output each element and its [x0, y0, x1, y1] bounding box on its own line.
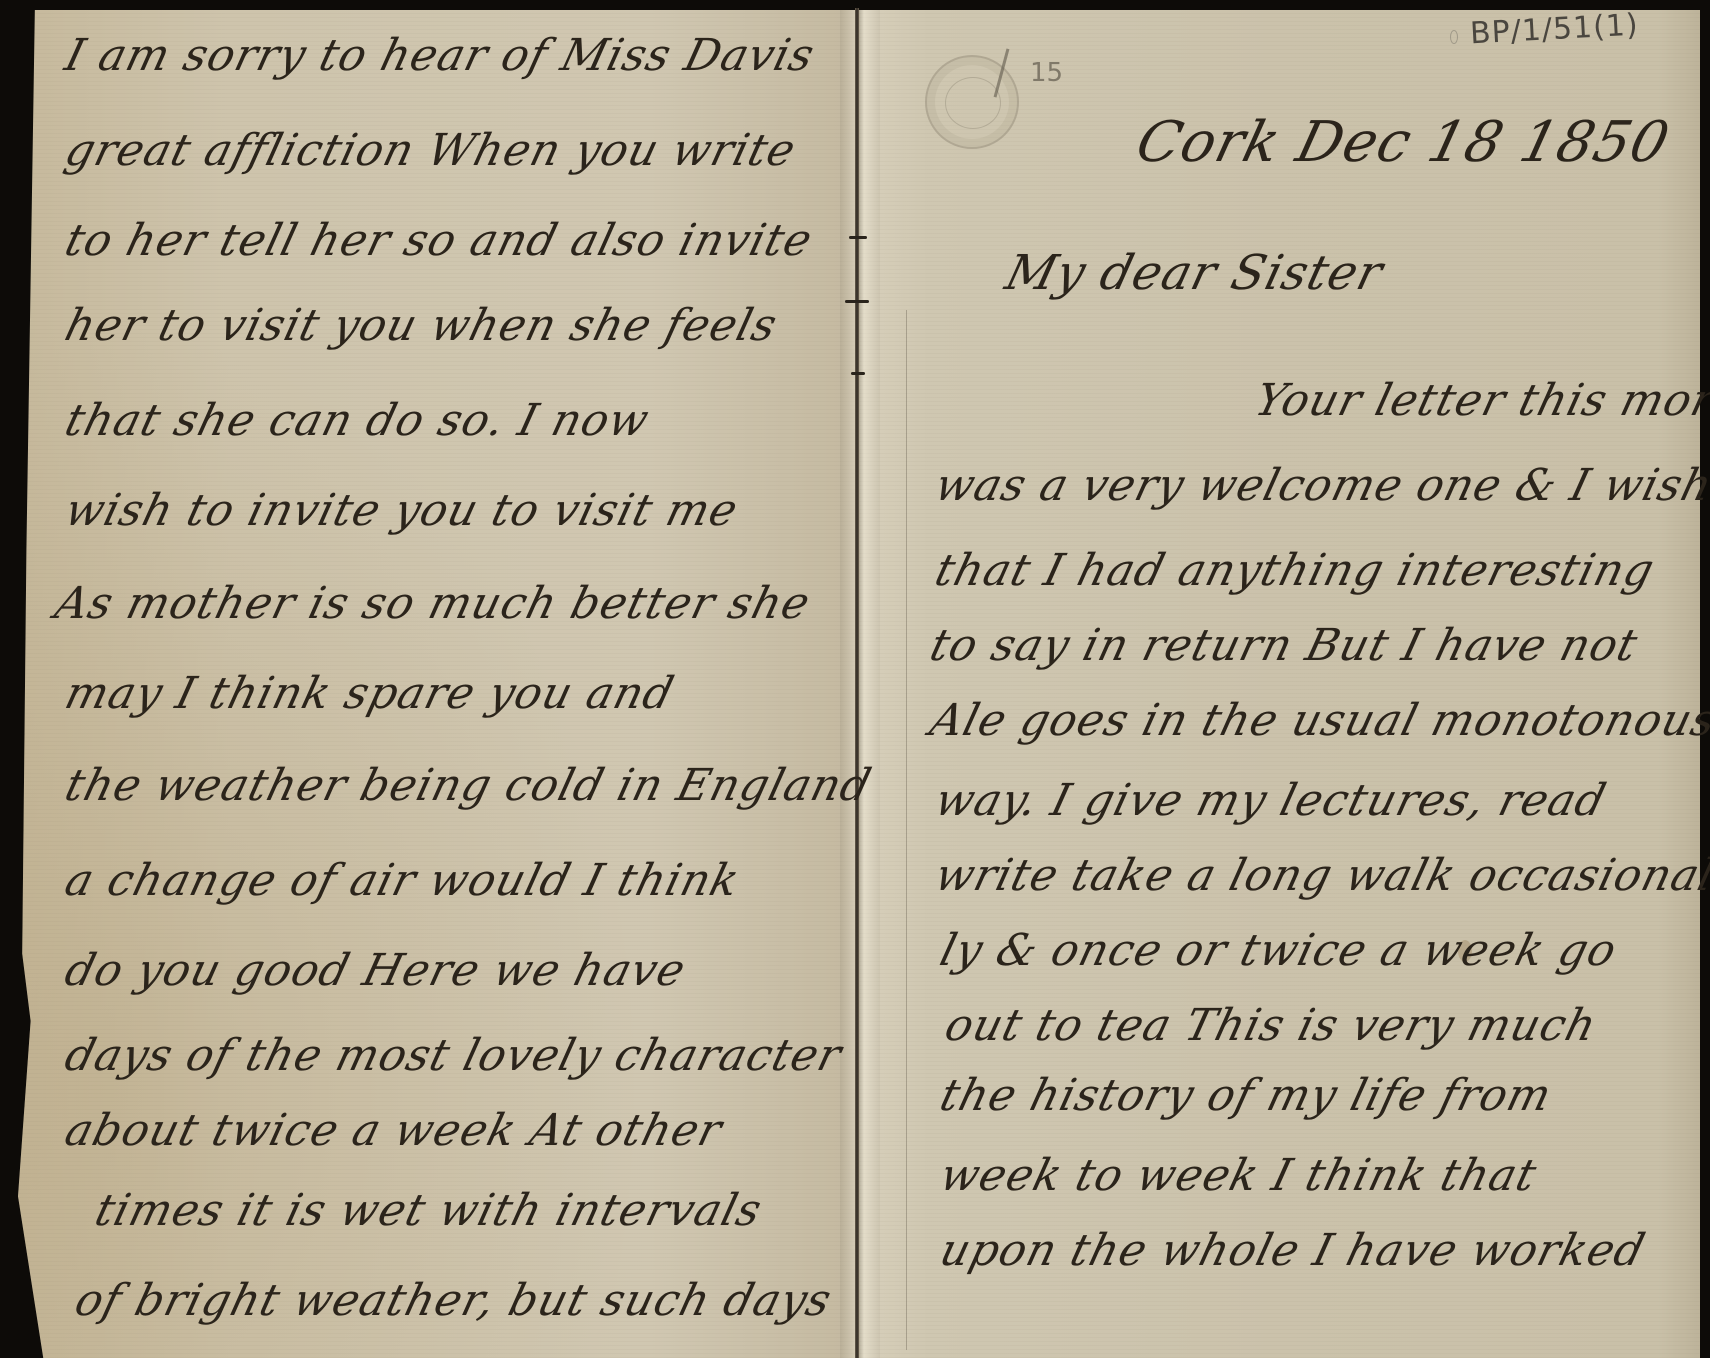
left-line: I am sorry to hear of Miss Davis: [60, 30, 820, 81]
left-line: days of the most lovely character: [60, 1030, 847, 1081]
left-line: great affliction When you write: [60, 125, 801, 176]
stitch-mark: [849, 236, 867, 239]
spine-fold: [840, 10, 880, 1358]
right-line: out to tea This is very much: [940, 1000, 1602, 1051]
place-date: Cork Dec 18 1850: [1130, 110, 1676, 175]
right-line: ly & once or twice a week go: [935, 925, 1622, 976]
left-line: the weather being cold in England: [60, 760, 877, 811]
stitch-mark: [845, 300, 869, 303]
spine-crease: [855, 8, 859, 1358]
left-line: her to visit you when she feels: [60, 300, 783, 351]
right-line: week to week I think that: [935, 1150, 1542, 1201]
left-line: of bright weather, but such days: [70, 1275, 837, 1326]
stamp-inner-ring: [945, 77, 1001, 129]
left-line: times it is wet with intervals: [90, 1185, 767, 1236]
right-line: upon the whole I have worked: [935, 1225, 1651, 1276]
left-line: a change of air would I think: [60, 855, 745, 906]
right-line: was a very welcome one & I wish: [930, 460, 1710, 511]
left-line: may I think spare you and: [60, 668, 679, 719]
right-line: that I had anything interesting: [930, 545, 1660, 596]
pencil-mark: [1450, 30, 1458, 44]
letter-scan: BP/1/51(1) 15 I am sorry to hear of Miss…: [0, 0, 1710, 1358]
right-line: the history of my life from: [935, 1070, 1557, 1121]
right-line: Your letter this morning: [1250, 375, 1710, 426]
left-line: that she can do so. I now: [60, 395, 655, 446]
left-line: to her tell her so and also invite: [60, 215, 818, 266]
stitch-mark: [851, 372, 865, 375]
embossed-stamp-icon: [925, 55, 1019, 149]
salutation: My dear Sister: [1000, 245, 1389, 301]
left-line: As mother is so much better she: [50, 578, 816, 629]
right-line: write take a long walk occasional: [930, 850, 1710, 901]
right-line: way. I give my lectures, read: [930, 775, 1612, 826]
margin-rule: [906, 310, 907, 1350]
right-line: Ale goes in the usual monotonous: [925, 695, 1710, 746]
left-line: wish to invite you to visit me: [60, 485, 743, 536]
left-line: do you good Here we have: [60, 945, 691, 996]
stamp-number: 15: [1030, 58, 1063, 88]
left-line: about twice a week At other: [60, 1105, 728, 1156]
right-line: to say in return But I have not: [925, 620, 1643, 671]
